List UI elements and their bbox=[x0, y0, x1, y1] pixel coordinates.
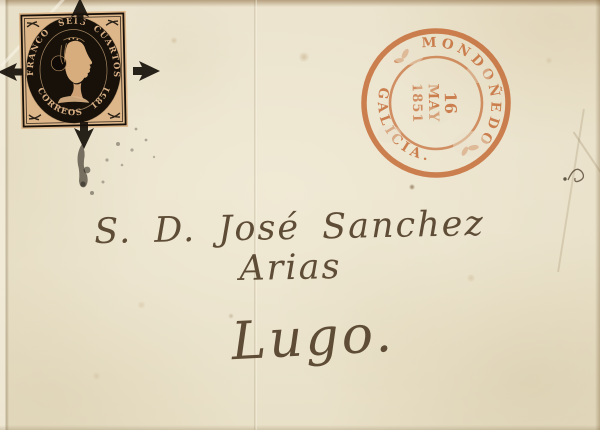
ink-squiggle bbox=[560, 160, 594, 186]
postal-cover: FRANCO SEIS CUARTOS CORREOS 1851 bbox=[0, 0, 600, 430]
paper-edge-right bbox=[595, 0, 600, 430]
foxing-spot bbox=[545, 57, 553, 64]
foxing-spot bbox=[92, 372, 101, 380]
cancel-arrows bbox=[0, 0, 160, 149]
datestamp-postmark: MONDOÑEDO GALICIA. 16 MAY 1851 bbox=[351, 18, 521, 188]
crease-right bbox=[557, 109, 585, 272]
address-recipient: S. D. José Sanchez Arias bbox=[34, 203, 546, 294]
postmark-impression: MONDOÑEDO GALICIA. 16 MAY 1851 bbox=[351, 18, 521, 188]
paper-edge-bottom bbox=[0, 425, 600, 430]
foxing-spot bbox=[137, 301, 146, 309]
address-destination: Lugo. bbox=[207, 303, 420, 374]
spider-cancel bbox=[0, 0, 206, 210]
foxing-spot bbox=[298, 52, 310, 62]
